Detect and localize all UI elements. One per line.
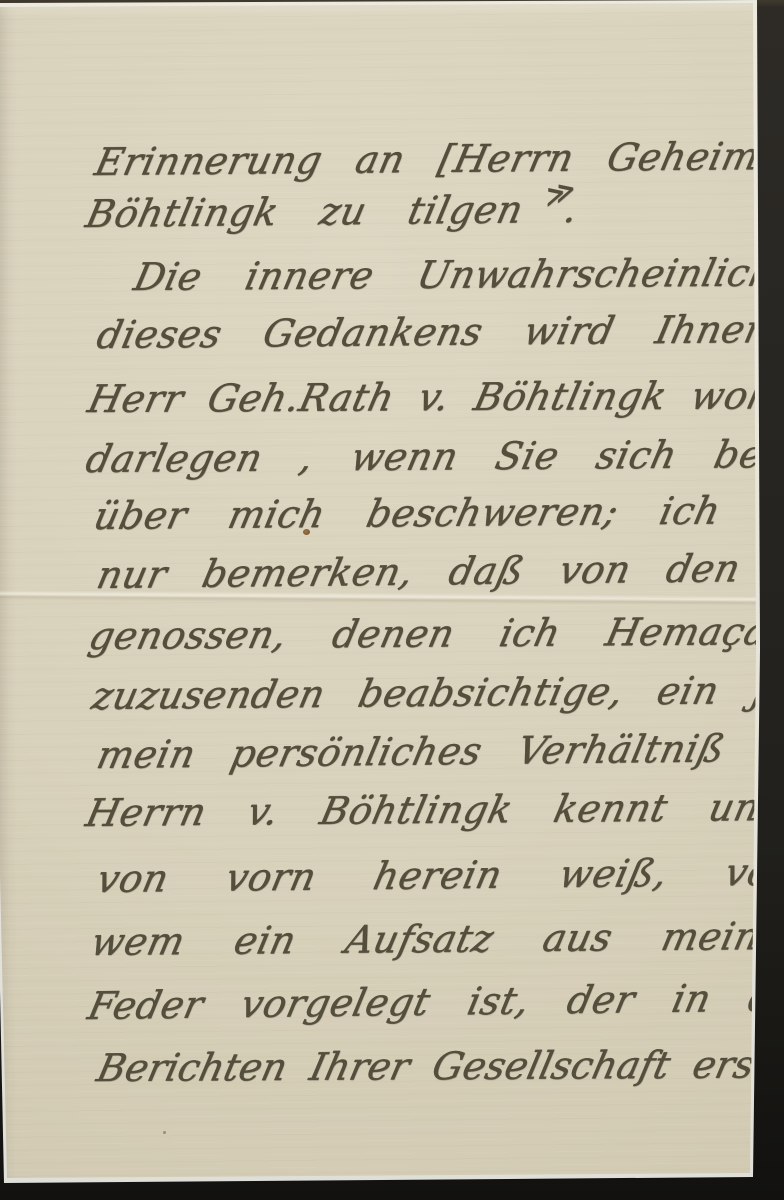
handwriting-line: von vorn herein weiß, von	[93, 850, 784, 901]
handwriting-line: Erinnerung an [Herrn Geheimrath von]	[91, 132, 784, 184]
handwriting-line: nur bemerken, daß von den Fach=	[93, 544, 784, 597]
handwriting-line: Herrn v. Böhtlingk kennt und	[82, 785, 784, 835]
handwriting-line: Böhtlingk zu tilgen .	[82, 187, 583, 236]
handwriting-line: Herr Geh.Rath v. Böhtlingk wohl selbst	[84, 373, 784, 421]
handwriting-line: Die innere Unwahrscheinlichkeit	[130, 250, 784, 299]
handwriting-line: Berichten Ihrer Gesellschaft erscheint.	[93, 1042, 784, 1090]
handwriting-layer: Erinnerung an [Herrn Geheimrath von] ≫ B…	[0, 0, 784, 1200]
handwriting-line: darlegen , wenn Sie sich bei ihm	[82, 431, 784, 481]
line1-text: Erinnerung an [Herrn Geheimrath	[91, 133, 784, 184]
handwriting-line: zuzusenden beabsichtige, ein jeder	[88, 667, 784, 718]
handwriting-line: dieses Gedankens wird Ihnen	[93, 307, 775, 357]
handwriting-line: genossen, denen ich Hemaçandra	[85, 609, 784, 658]
handwriting-line: Feder vorgelegt ist, der in den	[84, 975, 784, 1028]
scanned-letter-page: Erinnerung an [Herrn Geheimrath von] ≫ B…	[0, 0, 784, 1200]
handwriting-line: über mich beschweren; ich will	[90, 487, 784, 538]
handwriting-line: mein persönliches Verhältniß zu	[93, 725, 784, 777]
handwriting-line: wem ein Aufsatz aus meiner	[87, 914, 784, 964]
